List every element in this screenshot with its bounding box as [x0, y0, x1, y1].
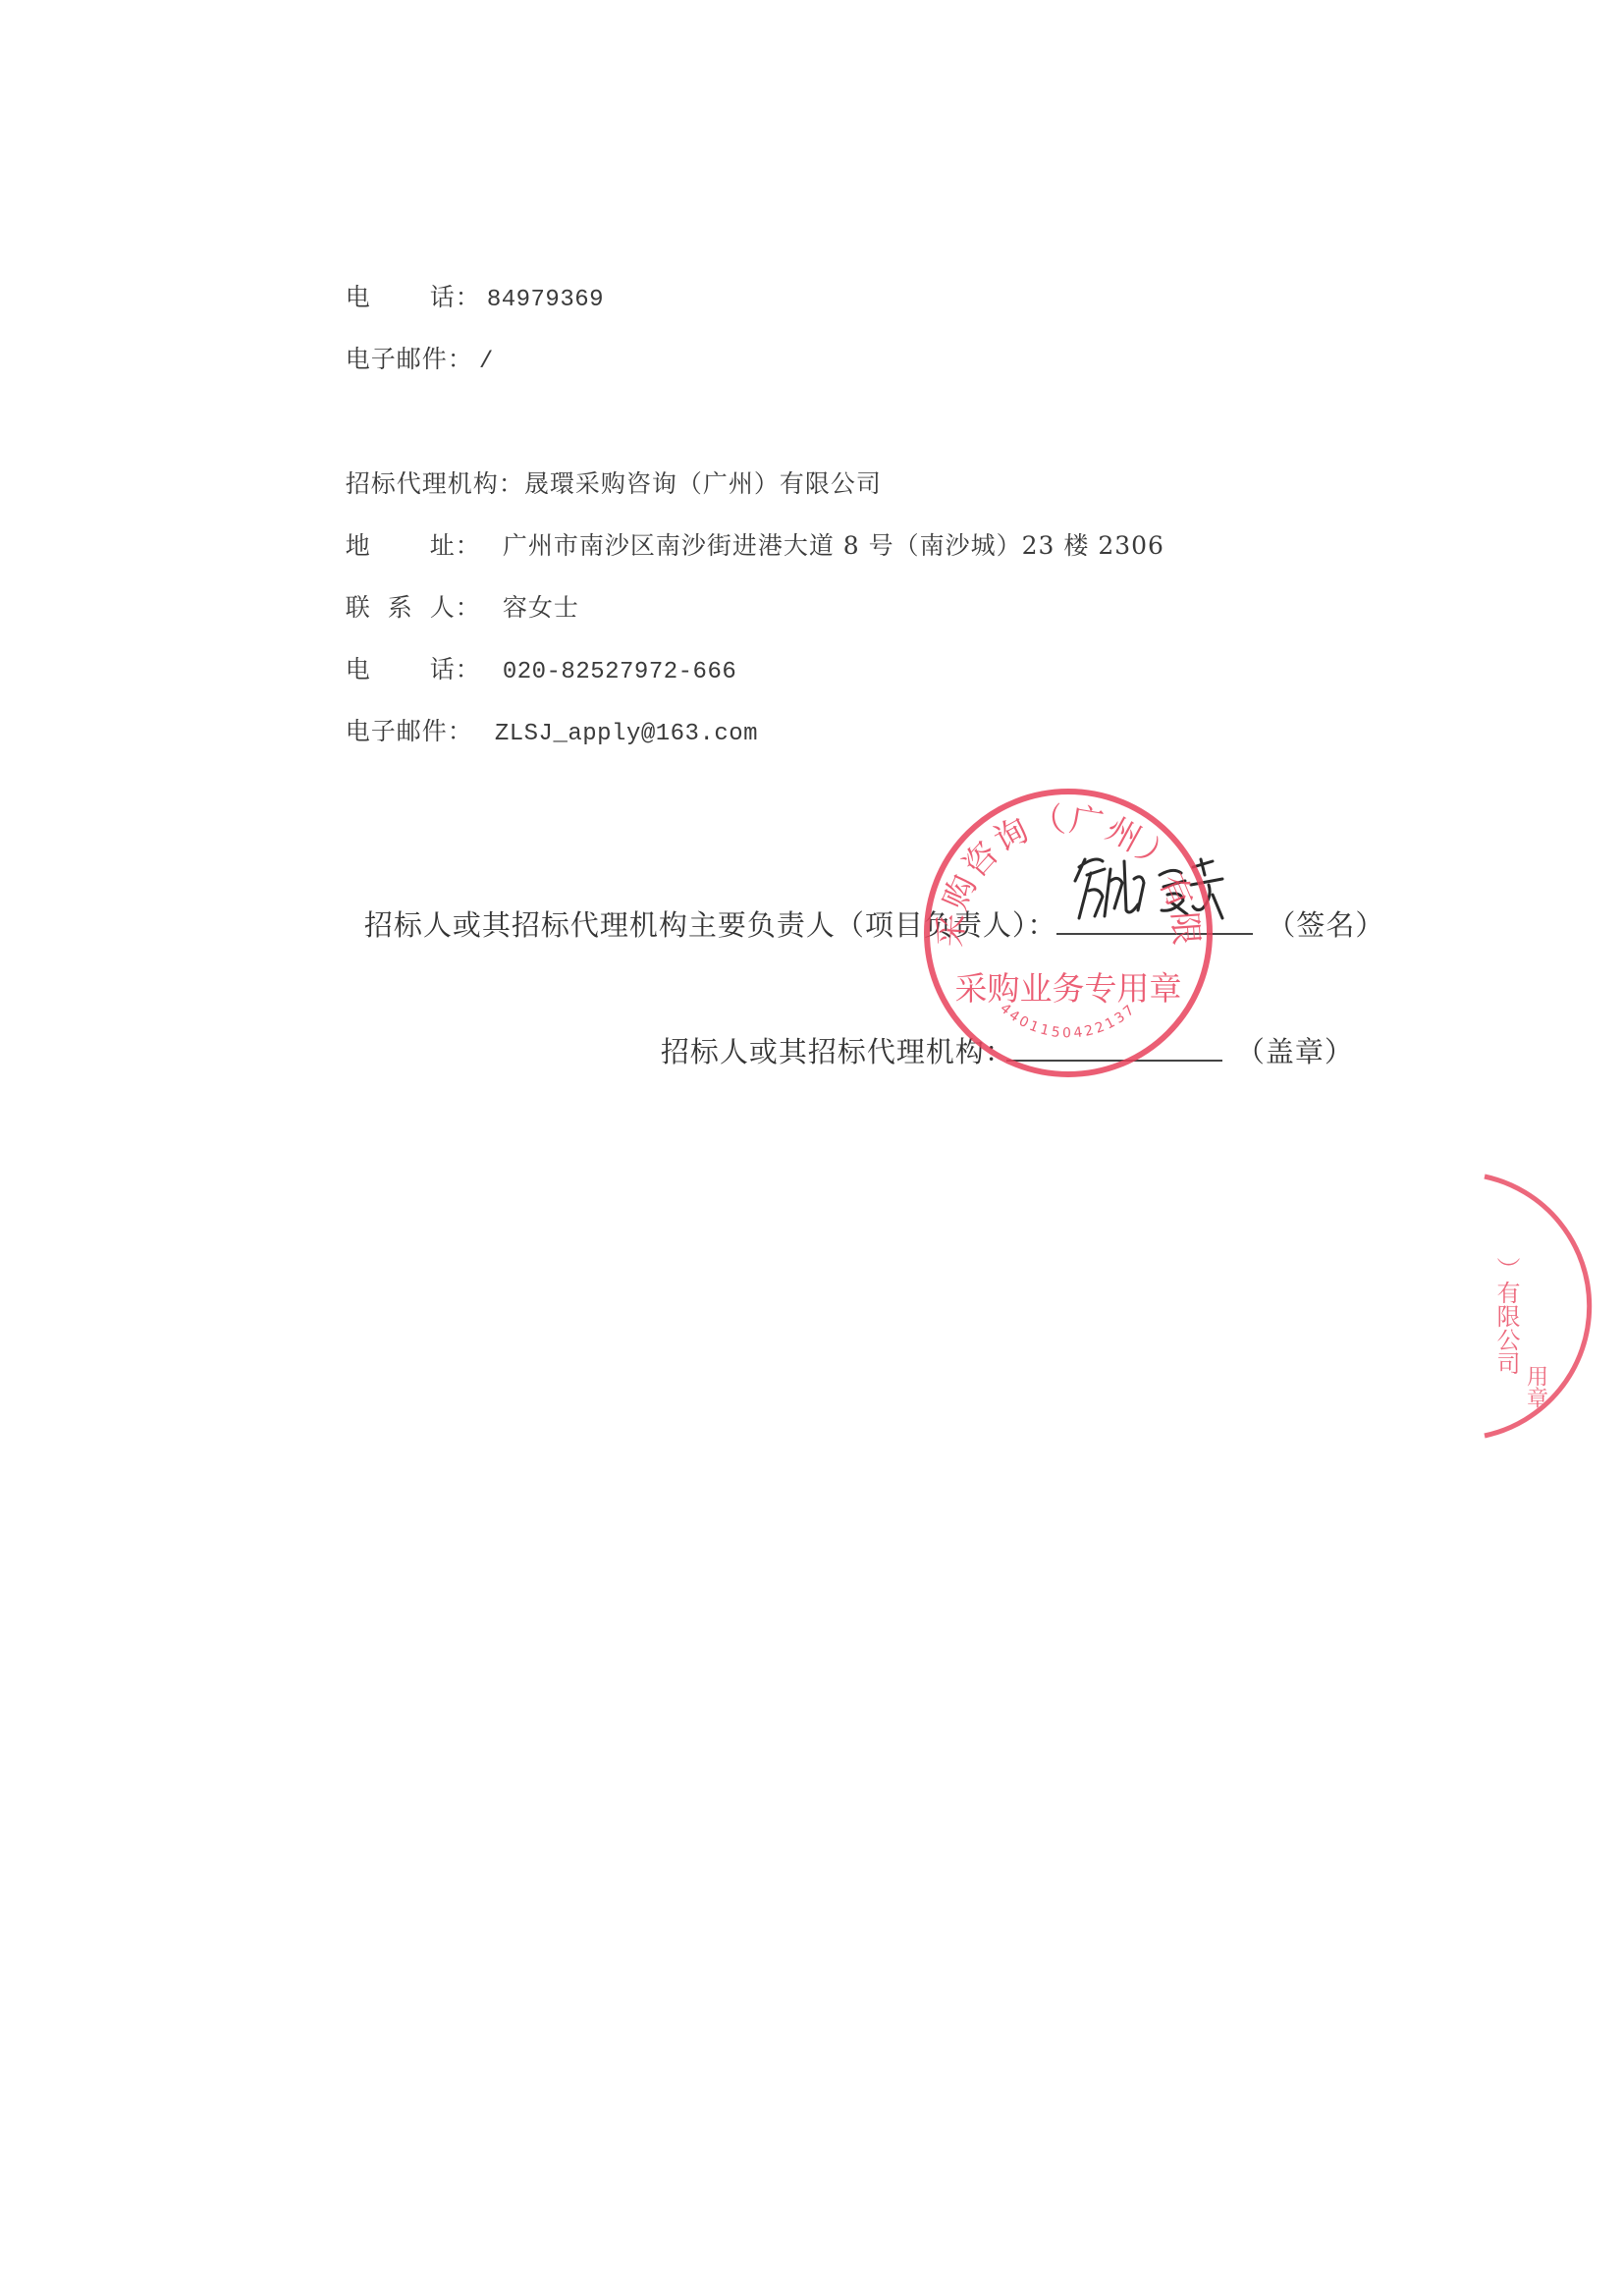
agency-contact-label: 联 系 人 — [346, 592, 456, 624]
document-page: 电 话 ：84979369 电子邮件：/ 招标代理机构：晟環采购咨询（广州）有限… — [0, 0, 1623, 2296]
tenderer-email-row: 电子邮件：/ — [310, 312, 494, 410]
agency-address-label: 地 址 — [346, 530, 456, 562]
agency-phone-label: 电 话 — [346, 654, 456, 685]
seal-row: 招标人或其招标代理机构：（盖章） — [621, 995, 1354, 1105]
agency-name-label: 招标代理机构 — [346, 468, 499, 500]
signature-suffix: （签名） — [1267, 908, 1384, 942]
agency-email-row: 电子邮件：ZLSJ_apply@163.com — [310, 684, 758, 782]
edge-seal-text: ）有限公司 — [1492, 1257, 1520, 1375]
edge-seal-text-2: 用章 — [1524, 1365, 1548, 1408]
agency-email-value: ZLSJ_apply@163.com — [495, 719, 758, 750]
tenderer-phone-value: 84979369 — [487, 285, 604, 316]
tenderer-email-value: / — [479, 347, 494, 378]
agency-contact-value: 容女士 — [503, 592, 579, 624]
agency-name-value: 晟環采购咨询（广州）有限公司 — [524, 468, 882, 500]
principal-signature-row: 招标人或其招标代理机构主要负责人（项目负责人）：（签名） — [324, 868, 1384, 978]
tenderer-email-label: 电子邮件 — [346, 344, 448, 375]
agency-address-value: 广州市南沙区南沙街进港大道 8 号（南沙城）23 楼 2306 — [503, 530, 1164, 562]
seal-label: 招标人或其招标代理机构： — [661, 1035, 1014, 1068]
seal-blank — [1006, 1030, 1222, 1062]
tenderer-phone-label: 电 话 — [346, 282, 456, 313]
signature-blank — [1056, 903, 1253, 935]
principal-signature-label: 招标人或其招标代理机构主要负责人（项目负责人）： — [364, 908, 1057, 942]
seal-suffix: （盖章） — [1236, 1035, 1354, 1068]
agency-email-label: 电子邮件 — [346, 716, 448, 747]
edge-seal-stamp: ）有限公司 用章 — [1473, 1169, 1623, 1444]
